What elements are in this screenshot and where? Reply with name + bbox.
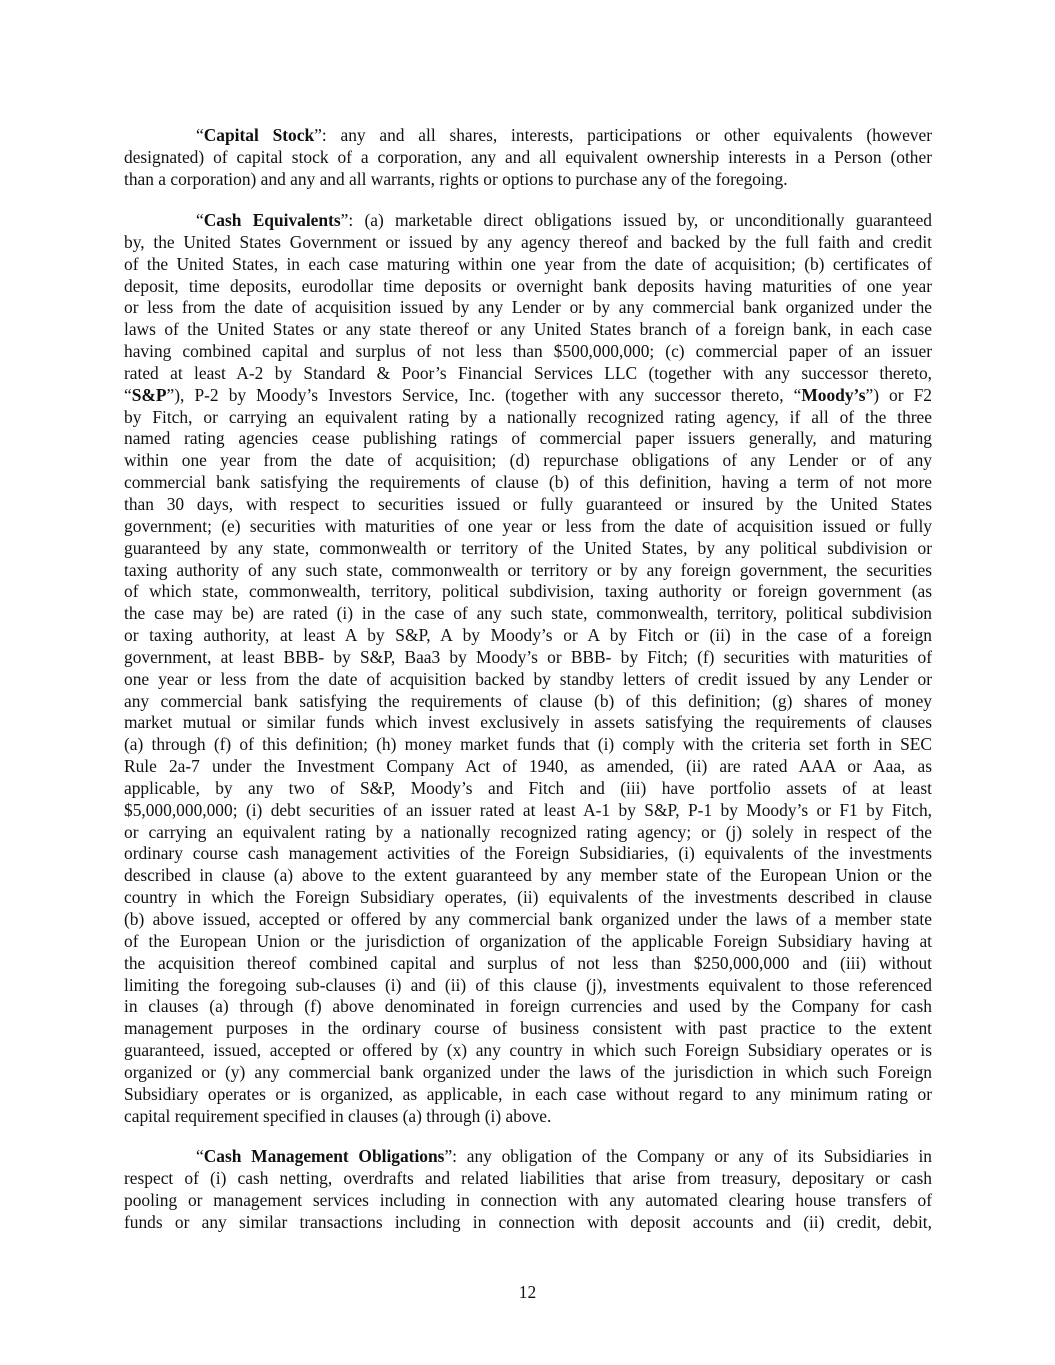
text-line: $5,000,000,000; (i) debt securities of a… [124,800,932,822]
text-line: deposit, time deposits, eurodollar time … [124,276,932,298]
page-number: 12 [0,1282,1055,1303]
text-line: laws of the United States or any state t… [124,319,932,341]
text-line: described in clause (a) above to the ext… [124,865,932,887]
text-line: guaranteed by any state, commonwealth or… [124,538,932,560]
defined-term: Capital Stock [204,125,314,145]
defined-term: Cash Management Obligations [204,1146,445,1166]
text-fragment: ”) or F2 [865,385,932,405]
text-line: any commercial bank satisfying the requi… [124,691,932,713]
text-line: or taxing authority, at least A by S&P, … [124,625,932,647]
text-line: by, the United States Government or issu… [124,232,932,254]
close-quote: ”: [444,1146,466,1166]
text-line: applicable, by any two of S&P, Moody’s a… [124,778,932,800]
text-line: of the European Union or the jurisdictio… [124,931,932,953]
text-line: limiting the foregoing sub-clauses (i) a… [124,975,932,997]
defined-term: Cash Equivalents [204,210,341,230]
text-line: designated) of capital stock of a corpor… [124,147,932,169]
document-page: “Capital Stock”: any and all shares, int… [0,0,1055,1365]
text-line: in clauses (a) through (f) above denomin… [124,996,932,1018]
text-line: than a corporation) and any and all warr… [124,169,932,191]
text-line: country in which the Foreign Subsidiary … [124,887,932,909]
definition-cash-equivalents: “Cash Equivalents”: (a) marketable direc… [124,210,932,1127]
open-quote: “ [196,125,204,145]
text-line: named rating agencies cease publishing r… [124,428,932,450]
text-line: (a) marketable direct obligations issued… [364,210,932,230]
text-line: or less from the date of acquisition iss… [124,297,932,319]
text-line: guaranteed, issued, accepted or offered … [124,1040,932,1062]
text-line: government, at least BBB- by S&P, Baa3 b… [124,647,932,669]
text-line: respect of (i) cash netting, overdrafts … [124,1168,932,1190]
text-line: one year or less from the date of acquis… [124,669,932,691]
open-quote: “ [196,210,204,230]
text-line: commercial bank satisfying the requireme… [124,472,932,494]
text-line: (a) through (f) of this definition; (h) … [124,734,932,756]
defined-term-moodys: Moody’s [801,385,865,405]
text-line: (b) above issued, accepted or offered by… [124,909,932,931]
close-quote: ”: [314,125,340,145]
text-line: funds or any similar transactions includ… [124,1212,932,1234]
text-line: Subsidiary operates or is organized, as … [124,1084,932,1106]
text-line: any obligation of the Company or any of … [467,1146,932,1166]
open-quote: “ [196,1146,204,1166]
text-line: of which state, commonwealth, territory,… [124,581,932,603]
text-line: the acquisition thereof combined capital… [124,953,932,975]
text-line: market mutual or similar funds which inv… [124,712,932,734]
text-line: of the United States, in each case matur… [124,254,932,276]
definition-first-line: “Cash Equivalents”: (a) marketable direc… [124,210,932,232]
text-line: or carrying an equivalent rating by a na… [124,822,932,844]
text-fragment: ”), P-2 by Moody’s Investors Service, In… [167,385,802,405]
definition-first-line: “Capital Stock”: any and all shares, int… [124,125,932,147]
text-line: than 30 days, with respect to securities… [124,494,932,516]
text-line: taxing authority of any such state, comm… [124,560,932,582]
text-line: the case may be) are rated (i) in the ca… [124,603,932,625]
text-line: pooling or management services including… [124,1190,932,1212]
text-line: ordinary course cash management activiti… [124,843,932,865]
open-quote: “ [124,385,132,405]
defined-term-sp: S&P [132,385,167,405]
text-line: organized or (y) any commercial bank org… [124,1062,932,1084]
text-line: rated at least A-2 by Standard & Poor’s … [124,363,932,385]
text-line: any and all shares, interests, participa… [341,125,933,145]
definition-first-line: “Cash Management Obligations”: any oblig… [124,1146,932,1168]
text-line: “S&P”), P-2 by Moody’s Investors Service… [124,385,932,407]
text-line: by Fitch, or carrying an equivalent rati… [124,407,932,429]
text-line: government; (e) securities with maturiti… [124,516,932,538]
text-line: management purposes in the ordinary cour… [124,1018,932,1040]
text-line: within one year from the date of acquisi… [124,450,932,472]
close-quote: ”: [341,210,365,230]
text-line: Rule 2a-7 under the Investment Company A… [124,756,932,778]
definition-cash-management-obligations: “Cash Management Obligations”: any oblig… [124,1146,932,1233]
definition-capital-stock: “Capital Stock”: any and all shares, int… [124,125,932,191]
text-line: capital requirement specified in clauses… [124,1106,932,1128]
text-line: having combined capital and surplus of n… [124,341,932,363]
